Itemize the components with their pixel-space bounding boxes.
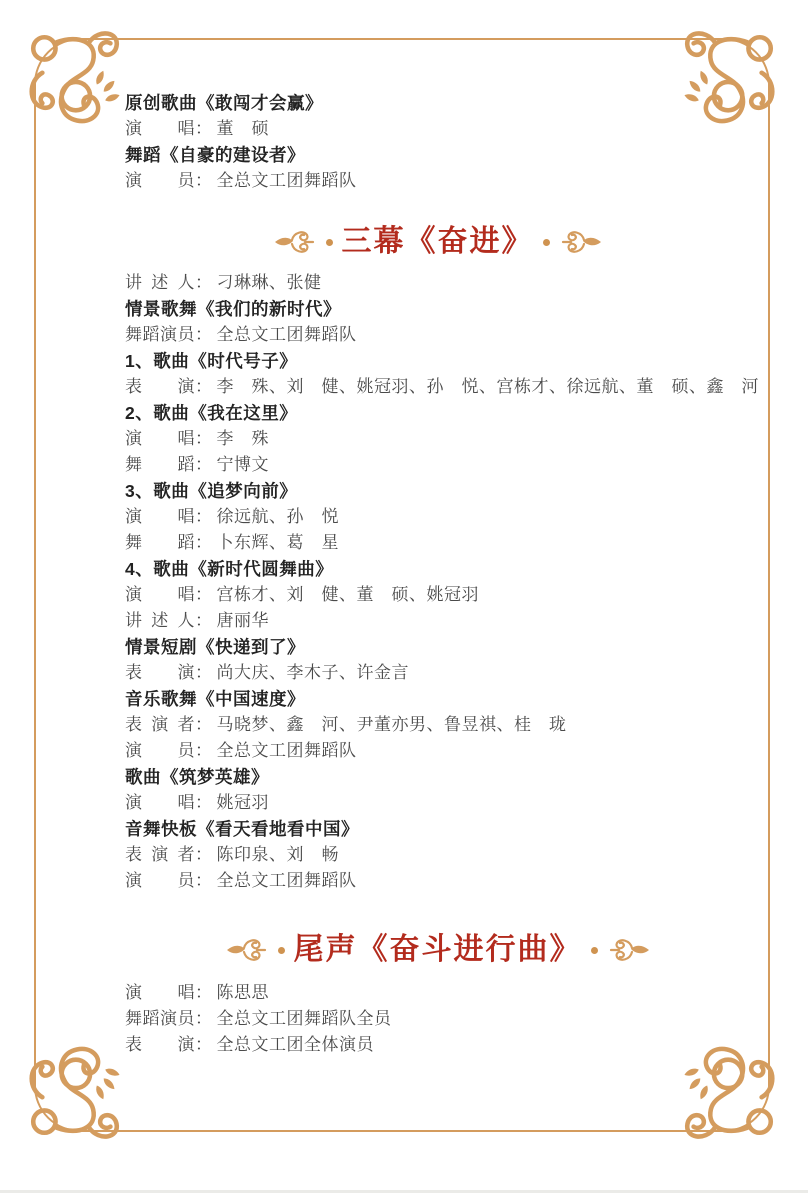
credit-value: 陈印泉、刘 畅: [217, 845, 340, 864]
credit-value: 全总文工团舞蹈队: [217, 325, 357, 344]
credit-value: 陈思思: [217, 983, 270, 1002]
program-title-line: 歌曲《筑梦英雄》: [125, 764, 765, 790]
credit-line: 演员：全总文工团舞蹈队: [125, 868, 765, 894]
credit-label: 表演: [125, 374, 195, 400]
credit-value: 宁博文: [217, 455, 270, 474]
credit-colon: ：: [195, 983, 213, 1002]
program-title-text: 歌曲《筑梦英雄》: [125, 767, 269, 787]
credit-label: 讲述人: [125, 270, 195, 296]
credit-colon: ：: [195, 611, 213, 630]
credit-value: 全总文工团舞蹈队: [217, 741, 357, 760]
credit-line: 表演者：陈印泉、刘 畅: [125, 842, 765, 868]
program-title-text: 情景歌舞《我们的新时代》: [125, 299, 341, 319]
credit-line: 舞蹈：卜东辉、葛 星: [125, 530, 765, 556]
credit-line: 讲述人：唐丽华: [125, 608, 765, 634]
program-title-text: 音舞快板《看天看地看中国》: [125, 819, 359, 839]
credit-value: 唐丽华: [217, 611, 270, 630]
credit-colon: ：: [195, 455, 213, 474]
credit-colon: ：: [195, 871, 213, 890]
credit-line: 表演：全总文工团全体演员: [125, 1032, 765, 1058]
credit-line: 表演者：马晓梦、鑫 河、尹董亦男、鲁昱祺、桂 珑: [125, 712, 765, 738]
credit-label: 舞蹈演员: [125, 1006, 195, 1032]
credit-line: 演唱：董 硕: [125, 116, 765, 142]
program-title-text: 原创歌曲《敢闯才会赢》: [125, 93, 323, 113]
credit-colon: ：: [195, 429, 213, 448]
finale-lines: 演唱：陈思思舞蹈演员：全总文工团舞蹈队全员表演：全总文工团全体演员: [125, 980, 765, 1058]
credit-value: 全总文工团全体演员: [217, 1035, 375, 1054]
credit-colon: ：: [195, 171, 213, 190]
credit-colon: ：: [195, 585, 213, 604]
program-title-text: 情景短剧《快递到了》: [125, 637, 305, 657]
section-heading-finale: 尾声《奋斗进行曲》: [110, 928, 765, 972]
credit-label: 演唱: [125, 790, 195, 816]
act-three-lines: 讲述人：刁琳琳、张健情景歌舞《我们的新时代》舞蹈演员：全总文工团舞蹈队1、歌曲《…: [125, 270, 765, 894]
program-title-line: 原创歌曲《敢闯才会赢》: [125, 90, 765, 116]
credit-label: 演唱: [125, 504, 195, 530]
credit-label: 舞蹈演员: [125, 322, 195, 348]
program-title-text: 1、歌曲《时代号子》: [125, 351, 297, 371]
credit-value: 宫栋才、刘 健、董 硕、姚冠羽: [217, 585, 480, 604]
credit-label: 演唱: [125, 980, 195, 1006]
ornament-dot-icon: [326, 239, 333, 246]
credit-line: 演唱：李 殊: [125, 426, 765, 452]
credit-line: 演员：全总文工团舞蹈队: [125, 738, 765, 764]
credit-line: 演员：全总文工团舞蹈队: [125, 168, 765, 194]
section-title: 尾声《奋斗进行曲》: [294, 928, 582, 972]
program-page: 原创歌曲《敢闯才会赢》演唱：董 硕舞蹈《自豪的建设者》演员：全总文工团舞蹈队 三…: [0, 0, 808, 1193]
credit-value: 李 殊、刘 健、姚冠羽、孙 悦、宫栋才、徐远航、董 硕、鑫 河: [217, 377, 760, 396]
credit-colon: ：: [195, 533, 213, 552]
credit-colon: ：: [195, 715, 213, 734]
pre-section-lines: 原创歌曲《敢闯才会赢》演唱：董 硕舞蹈《自豪的建设者》演员：全总文工团舞蹈队: [125, 90, 765, 194]
credit-label: 演员: [125, 738, 195, 764]
credit-label: 演唱: [125, 582, 195, 608]
ornament-dot-icon: [543, 239, 550, 246]
credit-colon: ：: [195, 377, 213, 396]
program-title-text: 音乐歌舞《中国速度》: [125, 689, 305, 709]
credit-colon: ：: [195, 325, 213, 344]
credit-value: 全总文工团舞蹈队: [217, 171, 357, 190]
program-title-line: 3、歌曲《追梦向前》: [125, 478, 765, 504]
fleur-ornament-icon: [273, 228, 317, 256]
credit-line: 演唱：徐远航、孙 悦: [125, 504, 765, 530]
section-heading-act-three: 三幕《奋进》: [110, 220, 765, 264]
credit-line: 演唱：宫栋才、刘 健、董 硕、姚冠羽: [125, 582, 765, 608]
credit-colon: ：: [195, 741, 213, 760]
credit-line: 演唱：姚冠羽: [125, 790, 765, 816]
credit-value: 刁琳琳、张健: [217, 273, 322, 292]
credit-label: 表演者: [125, 712, 195, 738]
program-title-line: 2、歌曲《我在这里》: [125, 400, 765, 426]
credit-value: 姚冠羽: [217, 793, 270, 812]
credit-label: 讲述人: [125, 608, 195, 634]
fleur-ornament-icon: [559, 228, 603, 256]
program-title-line: 情景歌舞《我们的新时代》: [125, 296, 765, 322]
credit-value: 卜东辉、葛 星: [217, 533, 340, 552]
credit-label: 演员: [125, 168, 195, 194]
credit-label: 演唱: [125, 426, 195, 452]
credit-colon: ：: [195, 845, 213, 864]
credit-value: 董 硕: [217, 119, 270, 138]
credit-colon: ：: [195, 1035, 213, 1054]
credit-label: 演唱: [125, 116, 195, 142]
credit-value: 李 殊: [217, 429, 270, 448]
credit-value: 马晓梦、鑫 河、尹董亦男、鲁昱祺、桂 珑: [217, 715, 567, 734]
program-title-line: 舞蹈《自豪的建设者》: [125, 142, 765, 168]
program-title-line: 音乐歌舞《中国速度》: [125, 686, 765, 712]
credit-line: 讲述人：刁琳琳、张健: [125, 270, 765, 296]
program-content: 原创歌曲《敢闯才会赢》演唱：董 硕舞蹈《自豪的建设者》演员：全总文工团舞蹈队 三…: [125, 90, 765, 1058]
program-title-text: 2、歌曲《我在这里》: [125, 403, 297, 423]
credit-colon: ：: [195, 507, 213, 526]
credit-line: 表演：李 殊、刘 健、姚冠羽、孙 悦、宫栋才、徐远航、董 硕、鑫 河: [125, 374, 765, 400]
credit-value: 尚大庆、李木子、许金言: [217, 663, 410, 682]
fleur-ornament-icon: [225, 936, 269, 964]
credit-colon: ：: [195, 119, 213, 138]
credit-label: 舞蹈: [125, 452, 195, 478]
credit-line: 演唱：陈思思: [125, 980, 765, 1006]
program-title-line: 4、歌曲《新时代圆舞曲》: [125, 556, 765, 582]
credit-label: 表演者: [125, 842, 195, 868]
credit-line: 表演：尚大庆、李木子、许金言: [125, 660, 765, 686]
program-title-line: 音舞快板《看天看地看中国》: [125, 816, 765, 842]
credit-label: 演员: [125, 868, 195, 894]
ornament-dot-icon: [278, 947, 285, 954]
credit-label: 表演: [125, 660, 195, 686]
program-title-text: 4、歌曲《新时代圆舞曲》: [125, 559, 333, 579]
program-title-line: 1、歌曲《时代号子》: [125, 348, 765, 374]
credit-colon: ：: [195, 793, 213, 812]
credit-line: 舞蹈演员：全总文工团舞蹈队全员: [125, 1006, 765, 1032]
credit-line: 舞蹈：宁博文: [125, 452, 765, 478]
program-title-line: 情景短剧《快递到了》: [125, 634, 765, 660]
credit-colon: ：: [195, 273, 213, 292]
program-title-text: 舞蹈《自豪的建设者》: [125, 145, 305, 165]
credit-label: 舞蹈: [125, 530, 195, 556]
ornament-dot-icon: [591, 947, 598, 954]
credit-line: 舞蹈演员：全总文工团舞蹈队: [125, 322, 765, 348]
credit-label: 表演: [125, 1032, 195, 1058]
credit-value: 全总文工团舞蹈队全员: [217, 1009, 392, 1028]
fleur-ornament-icon: [607, 936, 651, 964]
credit-colon: ：: [195, 1009, 213, 1028]
credit-value: 全总文工团舞蹈队: [217, 871, 357, 890]
credit-value: 徐远航、孙 悦: [217, 507, 340, 526]
credit-colon: ：: [195, 663, 213, 682]
program-title-text: 3、歌曲《追梦向前》: [125, 481, 297, 501]
section-title: 三幕《奋进》: [342, 220, 534, 264]
